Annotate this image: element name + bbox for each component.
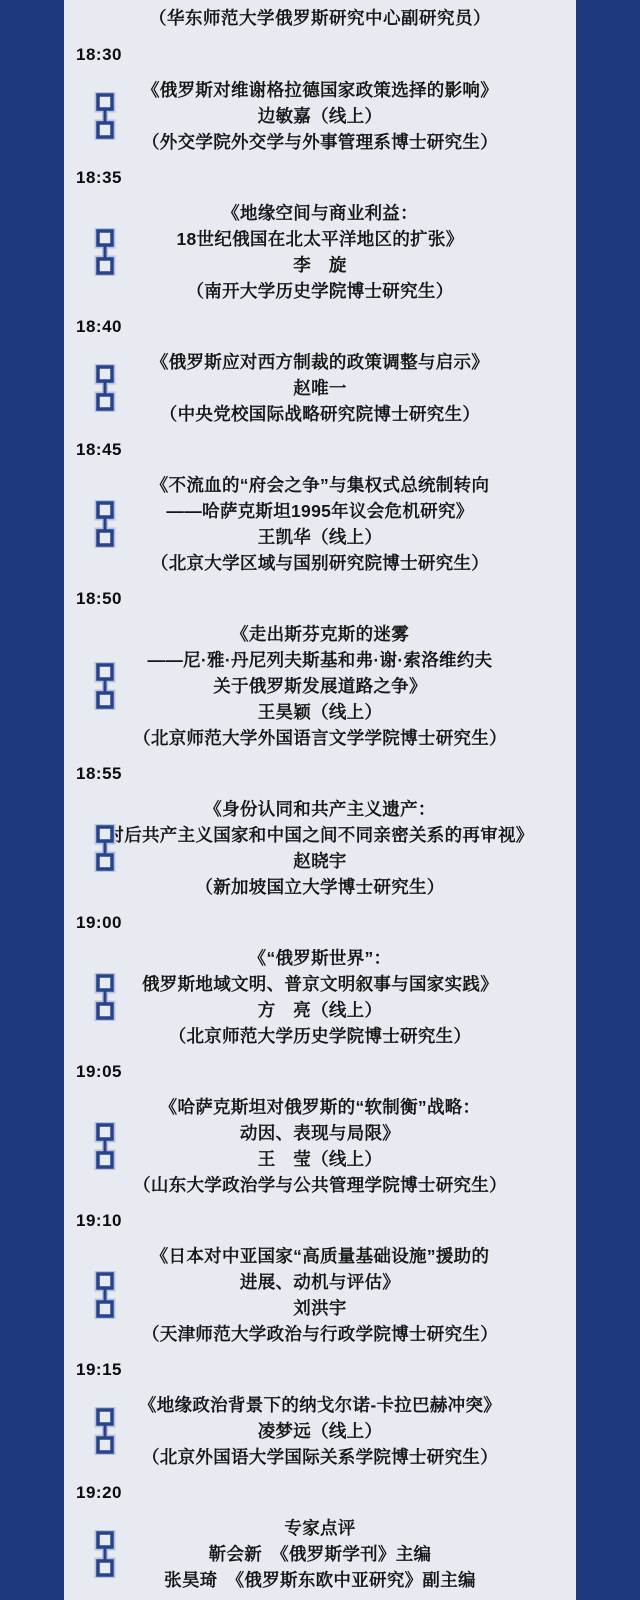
- session-block: 18:50 《走出斯芬克斯的迷雾——尼·雅·丹尼列夫斯基和弗·谢·索洛维约夫关于…: [64, 587, 576, 751]
- session-entry: 《地缘政治背景下的纳戈尔诺-卡拉巴赫冲突》凌梦远（线上）（北京外国语大学国际关系…: [64, 1392, 576, 1470]
- entry-lines: 《走出斯芬克斯的迷雾——尼·雅·丹尼列夫斯基和弗·谢·索洛维约夫关于俄罗斯发展道…: [64, 621, 576, 751]
- timeline-link-icon: [94, 364, 116, 412]
- session-time: 18:35: [76, 166, 576, 190]
- entry-line: 王昊颖（线上）: [64, 699, 576, 725]
- entry-line: 《日本对中亚国家“高质量基础设施”援助的: [64, 1243, 576, 1269]
- session-time: 18:55: [76, 762, 576, 786]
- entry-line: 进展、动机与评估》: [64, 1269, 576, 1295]
- session-block: 19:05 《哈萨克斯坦对俄罗斯的“软制衡”战略：动因、表现与局限》王 莹（线上…: [64, 1060, 576, 1198]
- entry-line: 《地缘空间与商业利益：: [64, 200, 576, 226]
- schedule-content: （华东师范大学俄罗斯研究中心副研究员） 18:30 《俄罗斯对维谢格拉德国家政策…: [64, 0, 576, 1593]
- session-time: 18:45: [76, 438, 576, 462]
- session-block: 18:35 《地缘空间与商业利益：18世纪俄国在北太平洋地区的扩张》李 旋（南开…: [64, 166, 576, 304]
- entry-line: （北京外国语大学国际关系学院博士研究生）: [64, 1444, 576, 1470]
- session-entry: 《俄罗斯对维谢格拉德国家政策选择的影响》边敏嘉（线上）（外交学院外交学与外事管理…: [64, 77, 576, 155]
- entry-lines: 《俄罗斯对维谢格拉德国家政策选择的影响》边敏嘉（线上）（外交学院外交学与外事管理…: [64, 77, 576, 155]
- entry-line: 王凯华（线上）: [64, 524, 576, 550]
- timeline-link-icon: [94, 92, 116, 140]
- entry-lines: 《地缘政治背景下的纳戈尔诺-卡拉巴赫冲突》凌梦远（线上）（北京外国语大学国际关系…: [64, 1392, 576, 1470]
- entry-lines: 《地缘空间与商业利益：18世纪俄国在北太平洋地区的扩张》李 旋（南开大学历史学院…: [64, 200, 576, 304]
- entry-line: 俄罗斯地域文明、普京文明叙事与国家实践》: [64, 971, 576, 997]
- session-entry: 《哈萨克斯坦对俄罗斯的“软制衡”战略：动因、表现与局限》王 莹（线上）（山东大学…: [64, 1094, 576, 1198]
- entry-line: 《不流血的“府会之争”与集权式总统制转向: [64, 472, 576, 498]
- entry-line: 《身份认同和共产主义遗产：: [64, 796, 576, 822]
- session-entry: 《日本对中亚国家“高质量基础设施”援助的进展、动机与评估》刘洪宇（天津师范大学政…: [64, 1243, 576, 1347]
- entry-line: （天津师范大学政治与行政学院博士研究生）: [64, 1321, 576, 1347]
- session-block: 18:30 《俄罗斯对维谢格拉德国家政策选择的影响》边敏嘉（线上）（外交学院外交…: [64, 43, 576, 155]
- entry-line: （山东大学政治学与公共管理学院博士研究生）: [64, 1172, 576, 1198]
- entry-line: （北京师范大学外国语言文学学院博士研究生）: [64, 725, 576, 751]
- session-block: 19:00 《“俄罗斯世界”：俄罗斯地域文明、普京文明叙事与国家实践》方 亮（线…: [64, 911, 576, 1049]
- session-time: 18:30: [76, 43, 576, 67]
- entry-line: 对后共产主义国家和中国之间不同亲密关系的再审视》: [64, 822, 576, 848]
- entry-line: ——尼·雅·丹尼列夫斯基和弗·谢·索洛维约夫: [64, 647, 576, 673]
- entry-lines: 《身份认同和共产主义遗产：对后共产主义国家和中国之间不同亲密关系的再审视》赵晓宇…: [64, 796, 576, 900]
- session-time: 19:20: [76, 1481, 576, 1505]
- entry-line: 《俄罗斯应对西方制裁的政策调整与启示》: [64, 349, 576, 375]
- entry-line: 关于俄罗斯发展道路之争》: [64, 673, 576, 699]
- session-list: 18:30 《俄罗斯对维谢格拉德国家政策选择的影响》边敏嘉（线上）（外交学院外交…: [64, 43, 576, 1593]
- entry-lines: 《“俄罗斯世界”：俄罗斯地域文明、普京文明叙事与国家实践》方 亮（线上）（北京师…: [64, 945, 576, 1049]
- entry-line: 王 莹（线上）: [64, 1146, 576, 1172]
- entry-line: （外交学院外交学与外事管理系博士研究生）: [64, 129, 576, 155]
- entry-line: 凌梦远（线上）: [64, 1418, 576, 1444]
- timeline-link-icon: [94, 662, 116, 710]
- session-entry: 《地缘空间与商业利益：18世纪俄国在北太平洋地区的扩张》李 旋（南开大学历史学院…: [64, 200, 576, 304]
- entry-line: 刘洪宇: [64, 1295, 576, 1321]
- entry-line: （北京大学区域与国别研究院博士研究生）: [64, 550, 576, 576]
- session-time: 19:10: [76, 1209, 576, 1233]
- timeline-link-icon: [94, 1271, 116, 1319]
- session-entry: 《俄罗斯应对西方制裁的政策调整与启示》赵唯一（中央党校国际战略研究院博士研究生）: [64, 349, 576, 427]
- entry-line: （南开大学历史学院博士研究生）: [64, 278, 576, 304]
- timeline-link-icon: [94, 824, 116, 872]
- session-block: 19:10 《日本对中亚国家“高质量基础设施”援助的进展、动机与评估》刘洪宇（天…: [64, 1209, 576, 1347]
- timeline-link-icon: [94, 973, 116, 1021]
- entry-line: 边敏嘉（线上）: [64, 103, 576, 129]
- entry-line: 专家点评: [64, 1515, 576, 1541]
- entry-line: 《哈萨克斯坦对俄罗斯的“软制衡”战略：: [64, 1094, 576, 1120]
- session-entry: 《身份认同和共产主义遗产：对后共产主义国家和中国之间不同亲密关系的再审视》赵晓宇…: [64, 796, 576, 900]
- session-time: 19:00: [76, 911, 576, 935]
- session-entry: 《“俄罗斯世界”：俄罗斯地域文明、普京文明叙事与国家实践》方 亮（线上）（北京师…: [64, 945, 576, 1049]
- session-entry: 《不流血的“府会之争”与集权式总统制转向——哈萨克斯坦1995年议会危机研究》王…: [64, 472, 576, 576]
- session-block: 18:40 《俄罗斯应对西方制裁的政策调整与启示》赵唯一（中央党校国际战略研究院…: [64, 315, 576, 427]
- timeline-link-icon: [94, 228, 116, 276]
- entry-line: （中央党校国际战略研究院博士研究生）: [64, 401, 576, 427]
- entry-lines: 《哈萨克斯坦对俄罗斯的“软制衡”战略：动因、表现与局限》王 莹（线上）（山东大学…: [64, 1094, 576, 1198]
- right-border-bar: [576, 0, 640, 1600]
- entry-line: 赵唯一: [64, 375, 576, 401]
- entry-line: 靳会新 《俄罗斯学刊》主编: [64, 1541, 576, 1567]
- session-block: 18:45 《不流血的“府会之争”与集权式总统制转向——哈萨克斯坦1995年议会…: [64, 438, 576, 576]
- timeline-link-icon: [94, 1407, 116, 1455]
- timeline-link-icon: [94, 1530, 116, 1578]
- session-time: 19:05: [76, 1060, 576, 1084]
- left-border-bar: [0, 0, 64, 1600]
- session-block: 18:55 《身份认同和共产主义遗产：对后共产主义国家和中国之间不同亲密关系的再…: [64, 762, 576, 900]
- session-time: 18:40: [76, 315, 576, 339]
- session-entry: 《走出斯芬克斯的迷雾——尼·雅·丹尼列夫斯基和弗·谢·索洛维约夫关于俄罗斯发展道…: [64, 621, 576, 751]
- entry-line: 赵晓宇: [64, 848, 576, 874]
- entry-line: 18世纪俄国在北太平洋地区的扩张》: [64, 226, 576, 252]
- session-block: 19:15 《地缘政治背景下的纳戈尔诺-卡拉巴赫冲突》凌梦远（线上）（北京外国语…: [64, 1358, 576, 1470]
- entry-line: 《“俄罗斯世界”：: [64, 945, 576, 971]
- entry-line: 动因、表现与局限》: [64, 1120, 576, 1146]
- entry-lines: 专家点评靳会新 《俄罗斯学刊》主编张昊琦 《俄罗斯东欧中亚研究》副主编: [64, 1515, 576, 1593]
- session-time: 18:50: [76, 587, 576, 611]
- previous-speaker-affiliation: （华东师范大学俄罗斯研究中心副研究员）: [64, 5, 576, 32]
- entry-lines: 《日本对中亚国家“高质量基础设施”援助的进展、动机与评估》刘洪宇（天津师范大学政…: [64, 1243, 576, 1347]
- session-block: 19:20 专家点评靳会新 《俄罗斯学刊》主编张昊琦 《俄罗斯东欧中亚研究》副主…: [64, 1481, 576, 1593]
- entry-line: 李 旋: [64, 252, 576, 278]
- entry-line: 方 亮（线上）: [64, 997, 576, 1023]
- entry-lines: 《俄罗斯应对西方制裁的政策调整与启示》赵唯一（中央党校国际战略研究院博士研究生）: [64, 349, 576, 427]
- entry-line: ——哈萨克斯坦1995年议会危机研究》: [64, 498, 576, 524]
- entry-line: 张昊琦 《俄罗斯东欧中亚研究》副主编: [64, 1567, 576, 1593]
- timeline-link-icon: [94, 1122, 116, 1170]
- entry-line: （新加坡国立大学博士研究生）: [64, 874, 576, 900]
- entry-lines: 《不流血的“府会之争”与集权式总统制转向——哈萨克斯坦1995年议会危机研究》王…: [64, 472, 576, 576]
- timeline-link-icon: [94, 500, 116, 548]
- entry-line: 《俄罗斯对维谢格拉德国家政策选择的影响》: [64, 77, 576, 103]
- entry-line: （北京师范大学历史学院博士研究生）: [64, 1023, 576, 1049]
- session-time: 19:15: [76, 1358, 576, 1382]
- entry-line: 《地缘政治背景下的纳戈尔诺-卡拉巴赫冲突》: [64, 1392, 576, 1418]
- session-entry: 专家点评靳会新 《俄罗斯学刊》主编张昊琦 《俄罗斯东欧中亚研究》副主编: [64, 1515, 576, 1593]
- entry-line: 《走出斯芬克斯的迷雾: [64, 621, 576, 647]
